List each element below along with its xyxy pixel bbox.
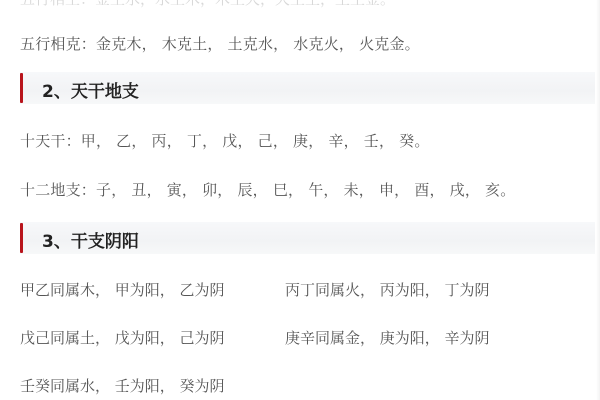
- yinyang-row: 戊己同属土， 戊为阳， 己为阴 庚辛同属金， 庚为阳， 辛为阴: [20, 327, 225, 348]
- heading-accent-bar: [20, 223, 23, 253]
- section-heading-tiangan-dizhi: 2、天干地支: [20, 72, 595, 104]
- yinyang-col1: 甲乙同属木， 甲为阳， 乙为阴: [20, 281, 225, 299]
- yinyang-col2: 丙丁同属火， 丙为阳， 丁为阴: [285, 279, 490, 300]
- yinyang-col1: 戊己同属土， 戊为阳， 己为阴: [20, 329, 225, 347]
- yinyang-row: 壬癸同属水， 壬为阳， 癸为阴: [20, 375, 225, 396]
- article-page: 五行相生：金生水，水生木，木生火，火生土，土生金。 五行相克：金克木， 木克土，…: [0, 0, 600, 400]
- dizhi-paragraph: 十二地支：子， 丑， 寅， 卯， 辰， 巳， 午， 未， 申， 酉， 戌， 亥。: [20, 179, 515, 200]
- page-right-edge: [596, 0, 600, 400]
- yinyang-row: 甲乙同属木， 甲为阳， 乙为阴 丙丁同属火， 丙为阳， 丁为阴: [20, 279, 225, 300]
- wuxing-xiangke-paragraph: 五行相克：金克木， 木克土， 土克水， 水克火， 火克金。: [20, 33, 420, 54]
- tiangan-paragraph: 十天干：甲， 乙， 丙， 丁， 戊， 己， 庚， 辛， 壬， 癸。: [20, 130, 430, 151]
- heading-accent-bar: [20, 73, 23, 103]
- cut-off-text-line: 五行相生：金生水，水生木，木生火，火生土，土生金。: [20, 0, 395, 9]
- heading-title: 3、干支阴阳: [42, 227, 139, 252]
- yinyang-col2: 庚辛同属金， 庚为阳， 辛为阴: [285, 327, 490, 348]
- heading-title: 2、天干地支: [42, 77, 139, 102]
- yinyang-col1: 壬癸同属水， 壬为阳， 癸为阴: [20, 377, 225, 395]
- section-heading-ganzhi-yinyang: 3、干支阴阳: [20, 222, 595, 254]
